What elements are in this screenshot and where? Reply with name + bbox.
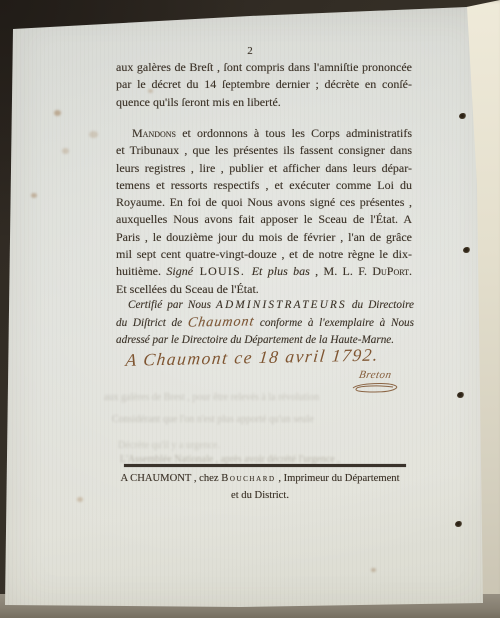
text-run: du Directoire <box>347 299 414 311</box>
text-line-signature-of-king: huitième. Signé LOUIS. Et plus bas , M. … <box>116 263 412 280</box>
text-run: conforme à l'exemplaire à Nous <box>254 317 414 329</box>
scanned-document-photo: { "document": { "page_number": "2", "par… <box>0 0 500 618</box>
et-plus-bas-label: Et plus bas <box>252 264 310 278</box>
text-line: quence qu'ils ſeront mis en liberté. <box>116 94 412 111</box>
stitch-hole <box>455 521 462 527</box>
paragraph-amnesty: aux galères de Breſt , ſont compris dans… <box>116 59 412 111</box>
handwritten-place-name: Chaumont <box>187 313 256 331</box>
text-line: Certifié par Nous ADMINISTRATEURS du Dir… <box>116 297 414 314</box>
text-run: , M. L. F. <box>310 264 373 278</box>
text-line: leurs registres , lire , publier et affi… <box>116 160 412 177</box>
text-run: , Imprimeur du Département <box>276 473 400 484</box>
foxing-spot <box>89 131 98 138</box>
imprint-line: et du District. <box>108 488 412 505</box>
foxing-spot <box>371 568 376 572</box>
text-line: du Diſtrict de Chaumont conforme à l'exe… <box>116 314 414 332</box>
duport-name: DuPort. <box>372 264 412 278</box>
administrateurs-caps: ADMINISTRATEURS <box>216 299 347 311</box>
lead-word-smallcaps: Mandons <box>132 126 176 140</box>
paragraph-mandons: Mandons et ordonnons à tous les Corps ad… <box>116 125 412 298</box>
text-line: auxquelles Nous avons fait apposer le Sc… <box>116 211 412 228</box>
text-line: Paris , le douzième jour du mois de févr… <box>116 229 412 246</box>
stitch-hole <box>459 113 466 119</box>
signe-label: Signé <box>166 264 193 278</box>
foxing-spot <box>54 110 61 116</box>
stitch-hole <box>457 392 464 398</box>
text-run: A CHAUMONT , chez <box>120 473 221 484</box>
text-run: Certifié par Nous <box>128 299 216 311</box>
king-name: LOUIS. <box>193 264 252 278</box>
text-line: aux galères de Breſt , ſont compris dans… <box>116 59 412 76</box>
text-line: et Tribunaux , que les présentes ils fas… <box>116 142 412 159</box>
imprint-divider-rule <box>124 464 406 467</box>
verso-showthrough-line: Considérant que l'on n'est plus apporté … <box>112 412 402 428</box>
foxing-spot <box>62 148 69 154</box>
text-run: huitième. <box>116 264 166 278</box>
handwritten-signature: Breton <box>358 369 393 381</box>
text-line: mil sept cent quatre-vingt-douze , et de… <box>116 246 412 263</box>
text-line: Royaume. En foi de quoi Nous avons signé… <box>116 194 412 211</box>
text-line: temens et ressorts respectifs , et exécu… <box>116 177 412 194</box>
document-page: 2 aux galères de Breſt , ſont compris da… <box>0 0 500 618</box>
text-line: Mandons et ordonnons à tous les Corps ad… <box>116 125 412 142</box>
text-run: et ordonnons à tous les Corps administra… <box>176 126 412 140</box>
imprint-line: A CHAUMONT , chez Bouchard , Imprimeur d… <box>108 471 412 488</box>
stitch-hole <box>463 247 470 253</box>
text-line: par le décret du 14 ſeptembre dernier ; … <box>116 76 412 93</box>
foxing-spot <box>31 193 37 198</box>
verso-showthrough-line: aux galères de Brest , pour être relevés… <box>104 390 404 406</box>
printer-imprint: A CHAUMONT , chez Bouchard , Imprimeur d… <box>108 471 412 504</box>
text-run: du Diſtrict de <box>116 317 188 329</box>
foxing-spot <box>148 89 153 93</box>
text-line: Et scellées du Sceau de l'État. <box>116 281 412 298</box>
foxing-spot <box>77 497 83 502</box>
printer-name: Bouchard <box>221 473 275 484</box>
certification-block: Certifié par Nous ADMINISTRATEURS du Dir… <box>116 297 414 349</box>
page-number: 2 <box>116 45 384 57</box>
